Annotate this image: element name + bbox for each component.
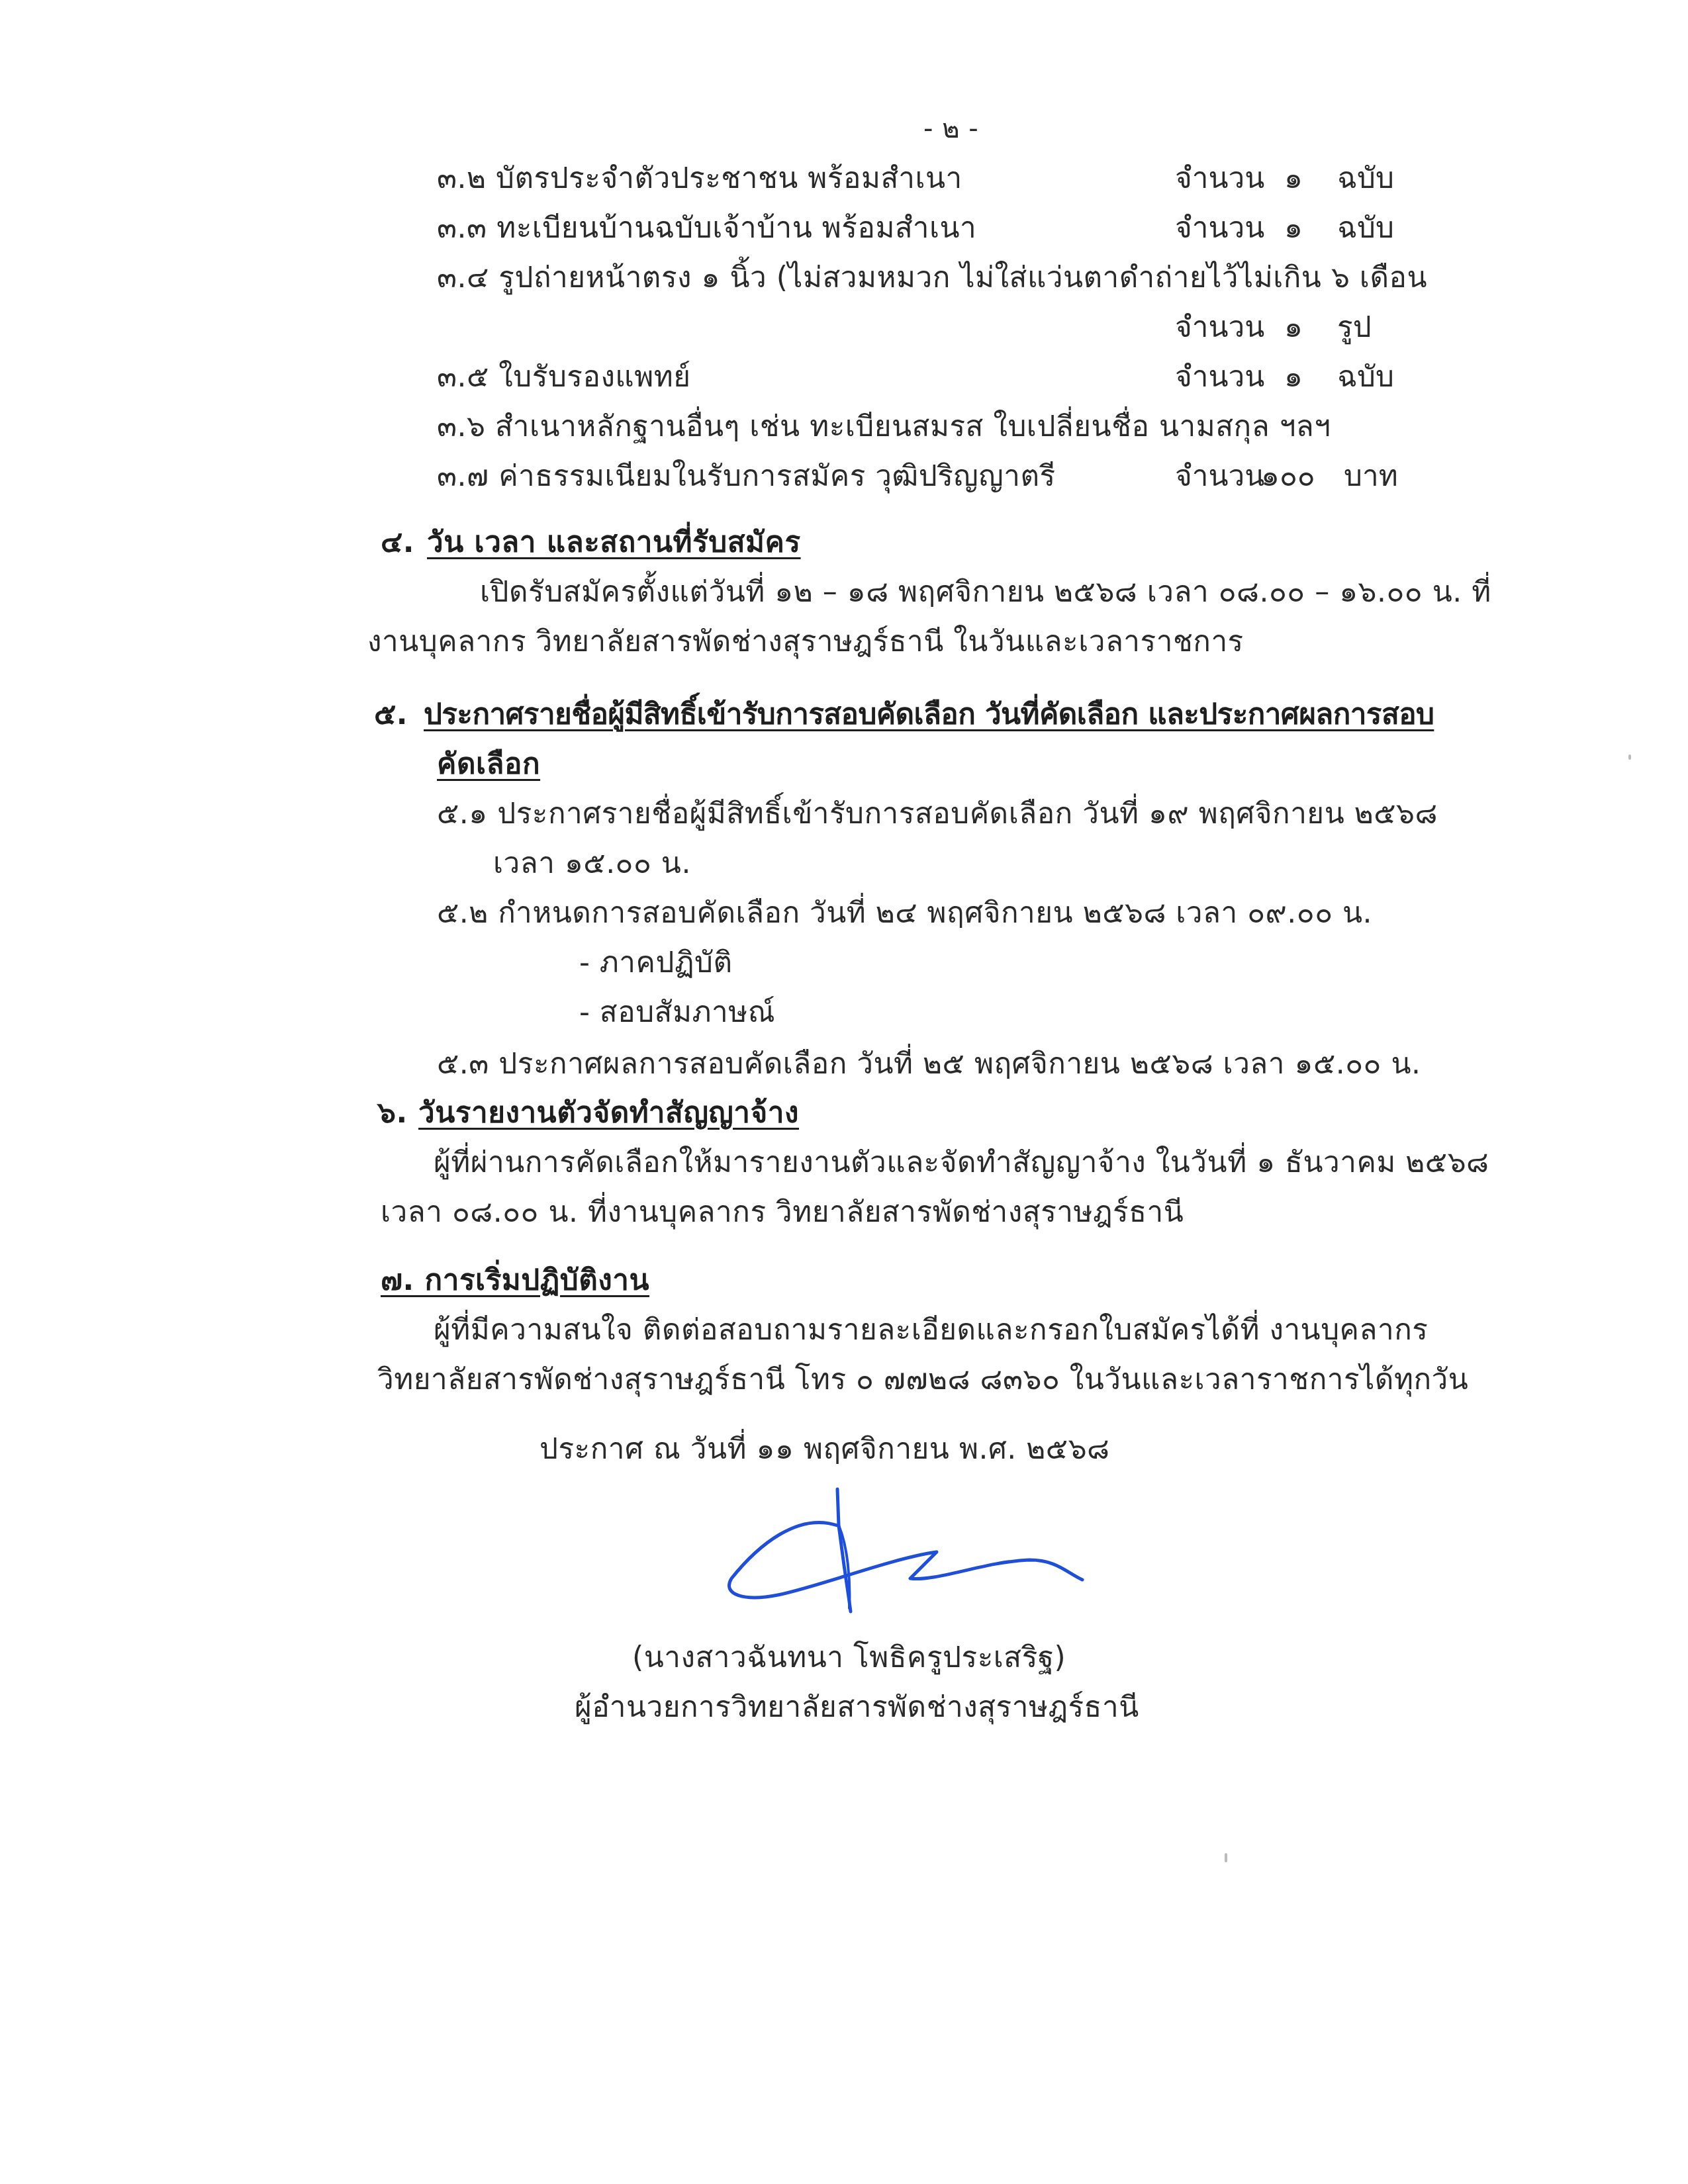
document-label: ๓.๔ รูปถ่ายหน้าตรง ๑ นิ้ว (ไม่สวมหมวก ไม…: [437, 258, 1427, 298]
document-qty-label: จำนวน: [1175, 308, 1264, 347]
document-qty: ๑: [1284, 159, 1303, 199]
document-qty: ๑: [1284, 208, 1303, 248]
section-5-item-2-bullet-practical: - ภาคปฏิบัติ: [579, 943, 732, 983]
document-label: ๓.๗ ค่าธรรมเนียมในรับการสมัคร วุฒิปริญญา…: [437, 457, 1056, 496]
section-7-body-line-1: ผู้ที่มีความสนใจ ติดต่อสอบถามรายละเอียดแ…: [434, 1310, 1428, 1350]
document-label: ๓.๖ สำเนาหลักฐานอื่นๆ เช่น ทะเบียนสมรส ใ…: [437, 407, 1331, 447]
document-unit: ฉบับ: [1337, 159, 1394, 199]
section-7-title: ๗. การเริ่มปฏิบัติงาน: [381, 1261, 649, 1300]
section-6-body-line-2: เวลา ๐๘.๐๐ น. ที่งานบุคลากร วิทยาลัยสารพ…: [381, 1193, 1184, 1232]
section-5-item-1-line-2: เวลา ๑๕.๐๐ น.: [493, 844, 691, 884]
section-5-item-3: ๕.๓ ประกาศผลการสอบคัดเลือก วันที่ ๒๕ พฤศ…: [437, 1044, 1421, 1084]
section-6-number: ๖.: [377, 1093, 408, 1133]
section-5-title-line-1: ประกาศรายชื่อผู้มีสิทธิ์เข้ารับการสอบคัด…: [424, 695, 1434, 735]
document-unit: ฉบับ: [1337, 357, 1394, 397]
section-4-body-line-2: งานบุคลากร วิทยาลัยสารพัดช่างสุราษฎร์ธาน…: [367, 622, 1244, 662]
section-4-number: ๔.: [381, 523, 414, 563]
signature-icon: [718, 1486, 1089, 1625]
document-label: ๓.๒ บัตรประจำตัวประชาชน พร้อมสำเนา: [437, 159, 962, 199]
document-qty: ๑๐๐: [1261, 457, 1315, 496]
section-7-body-line-2: วิทยาลัยสารพัดช่างสุราษฎร์ธานี โทร ๐ ๗๗๒…: [377, 1360, 1468, 1400]
section-4-title: วัน เวลา และสถานที่รับสมัคร: [427, 523, 801, 563]
document-qty-label: จำนวน: [1175, 159, 1264, 199]
document-qty-label: จำนวน: [1175, 208, 1264, 248]
document-unit: รูป: [1337, 308, 1372, 347]
section-5-number: ๕.: [374, 695, 408, 735]
document-label: ๓.๓ ทะเบียนบ้านฉบับเจ้าบ้าน พร้อมสำเนา: [437, 208, 976, 248]
document-qty: ๑: [1284, 357, 1303, 397]
signatory-position: ผู้อำนวยการวิทยาลัยสารพัดช่างสุราษฎร์ธาน…: [575, 1688, 1139, 1727]
section-5-item-2-bullet-interview: - สอบสัมภาษณ์: [579, 993, 775, 1032]
section-6-body-line-1: ผู้ที่ผ่านการคัดเลือกให้มารายงานตัวและจั…: [434, 1143, 1489, 1183]
page-number: - ๒ -: [923, 109, 978, 149]
document-qty: ๑: [1284, 308, 1303, 347]
document-qty-label: จำนวน: [1175, 457, 1264, 496]
signatory-name: (นางสาวฉันทนา โพธิครูประเสริฐ): [632, 1638, 1066, 1678]
document-label: ๓.๕ ใบรับรองแพทย์: [437, 357, 691, 397]
section-5-title-line-2: คัดเลือก: [437, 745, 540, 784]
document-unit: ฉบับ: [1337, 208, 1394, 248]
section-5-item-2: ๕.๒ กำหนดการสอบคัดเลือก วันที่ ๒๔ พฤศจิก…: [437, 893, 1372, 933]
section-4-body-line-1: เปิดรับสมัครตั้งแต่วันที่ ๑๒ – ๑๘ พฤศจิก…: [480, 572, 1491, 612]
section-6-title: วันรายงานตัวจัดทำสัญญาจ้าง: [418, 1093, 799, 1133]
scan-speck: [1628, 754, 1631, 760]
announcement-date: ประกาศ ณ วันที่ ๑๑ พฤศจิกายน พ.ศ. ๒๕๖๘: [539, 1430, 1110, 1469]
document-qty-label: จำนวน: [1175, 357, 1264, 397]
scan-speck: [1225, 1853, 1227, 1862]
section-5-item-1-line-1: ๕.๑ ประกาศรายชื่อผู้มีสิทธิ์เข้ารับการสอ…: [437, 794, 1438, 834]
document-unit: บาท: [1344, 457, 1398, 496]
